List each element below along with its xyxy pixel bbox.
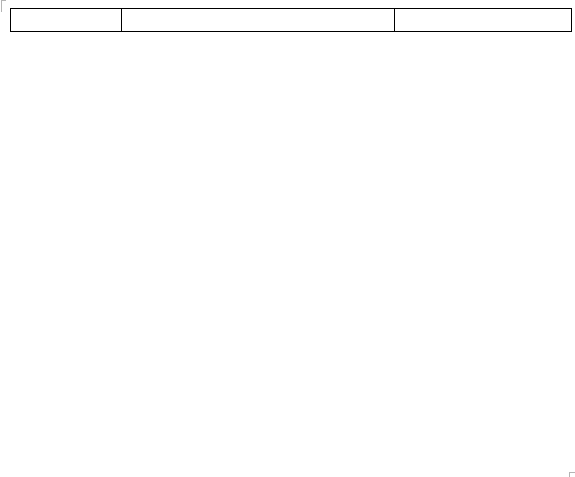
header-row: [11, 9, 572, 32]
inspection-grade-table: [10, 8, 572, 32]
header-cell-unit[interactable]: [122, 9, 395, 32]
text-boundary-corner-mark-top-left: [1, 0, 6, 12]
header-cell-grade[interactable]: [395, 9, 572, 32]
text-boundary-corner-mark-bottom-right: [569, 472, 575, 477]
header-cell-no[interactable]: [11, 9, 122, 32]
document-page: [0, 0, 575, 477]
